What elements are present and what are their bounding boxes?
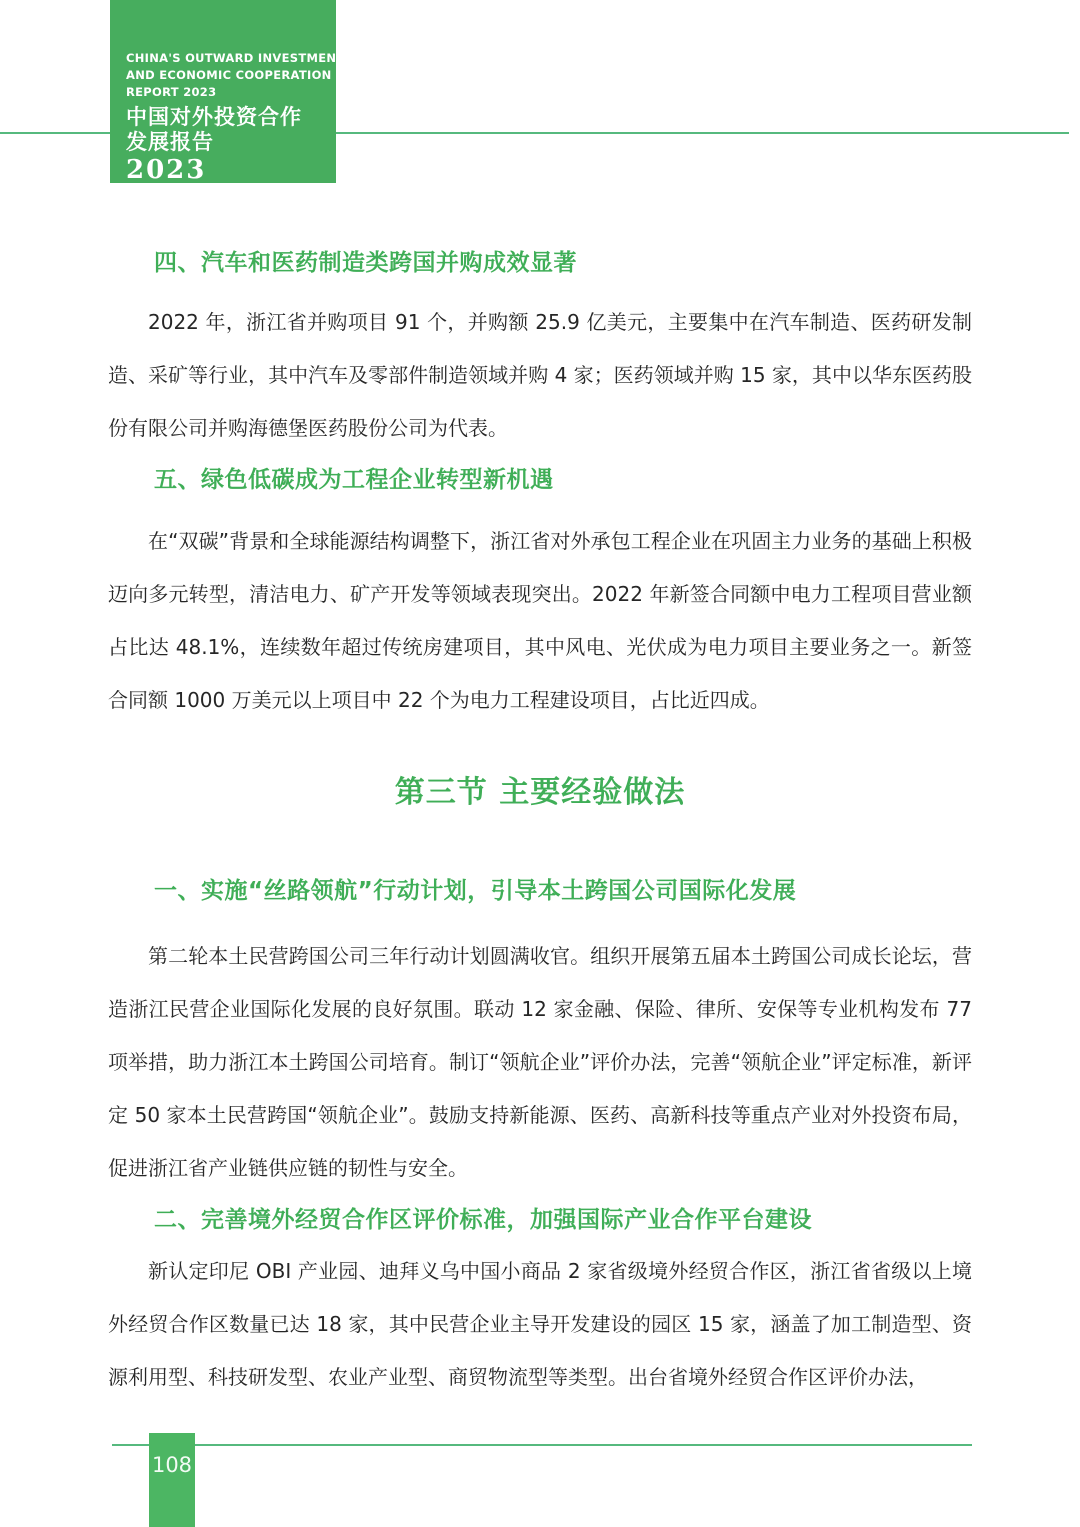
paragraph-pilot-program: 第二轮本土民营跨国公司三年行动计划圆满收官。组织开展第五届本土跨国公司成长论坛，… <box>108 930 972 1195</box>
page-content: 四、汽车和医药制造类跨国并购成效显著 2022 年，浙江省并购项目 91 个，并… <box>108 0 972 1404</box>
brand-title-zh: 中国对外投资合作 发展报告 <box>126 105 326 155</box>
paragraph-ma-overview: 2022 年，浙江省并购项目 91 个，并购额 25.9 亿美元，主要集中在汽车… <box>108 296 972 455</box>
brand-title-en: CHINA'S OUTWARD INVESTMENT AND ECONOMIC … <box>126 50 326 101</box>
heading-1-silk-road-pilot: 一、实施“丝路领航”行动计划，引导本土跨国公司国际化发展 <box>108 874 972 908</box>
brand-year: 2023 <box>126 155 326 185</box>
paragraph-green-transition: 在“双碳”背景和全球能源结构调整下，浙江省对外承包工程企业在巩固主力业务的基础上… <box>108 515 972 727</box>
brand-title-en-line3: REPORT 2023 <box>126 84 326 101</box>
paragraph-coop-zones: 新认定印尼 OBI 产业园、迪拜义乌中国小商品 2 家省级境外经贸合作区，浙江省… <box>108 1245 972 1404</box>
heading-5-green-low-carbon: 五、绿色低碳成为工程企业转型新机遇 <box>108 463 972 497</box>
page-number-badge: 108 <box>149 1433 195 1527</box>
brand-title-en-line1: CHINA'S OUTWARD INVESTMENT <box>126 50 326 67</box>
brand-title-zh-line2: 发展报告 <box>126 130 326 155</box>
brand-title-zh-line1: 中国对外投资合作 <box>126 105 326 130</box>
footer-rule <box>112 1444 972 1446</box>
section-title-main-experience: 第三节 主要经验做法 <box>108 772 972 814</box>
heading-2-overseas-coop-zones: 二、完善境外经贸合作区评价标准，加强国际产业合作平台建设 <box>108 1203 972 1237</box>
page-number: 108 <box>152 1453 192 1477</box>
brand-title-en-line2: AND ECONOMIC COOPERATION <box>126 67 326 84</box>
report-brand-box: CHINA'S OUTWARD INVESTMENT AND ECONOMIC … <box>110 0 336 183</box>
heading-4-auto-pharma-ma: 四、汽车和医药制造类跨国并购成效显著 <box>108 246 972 280</box>
